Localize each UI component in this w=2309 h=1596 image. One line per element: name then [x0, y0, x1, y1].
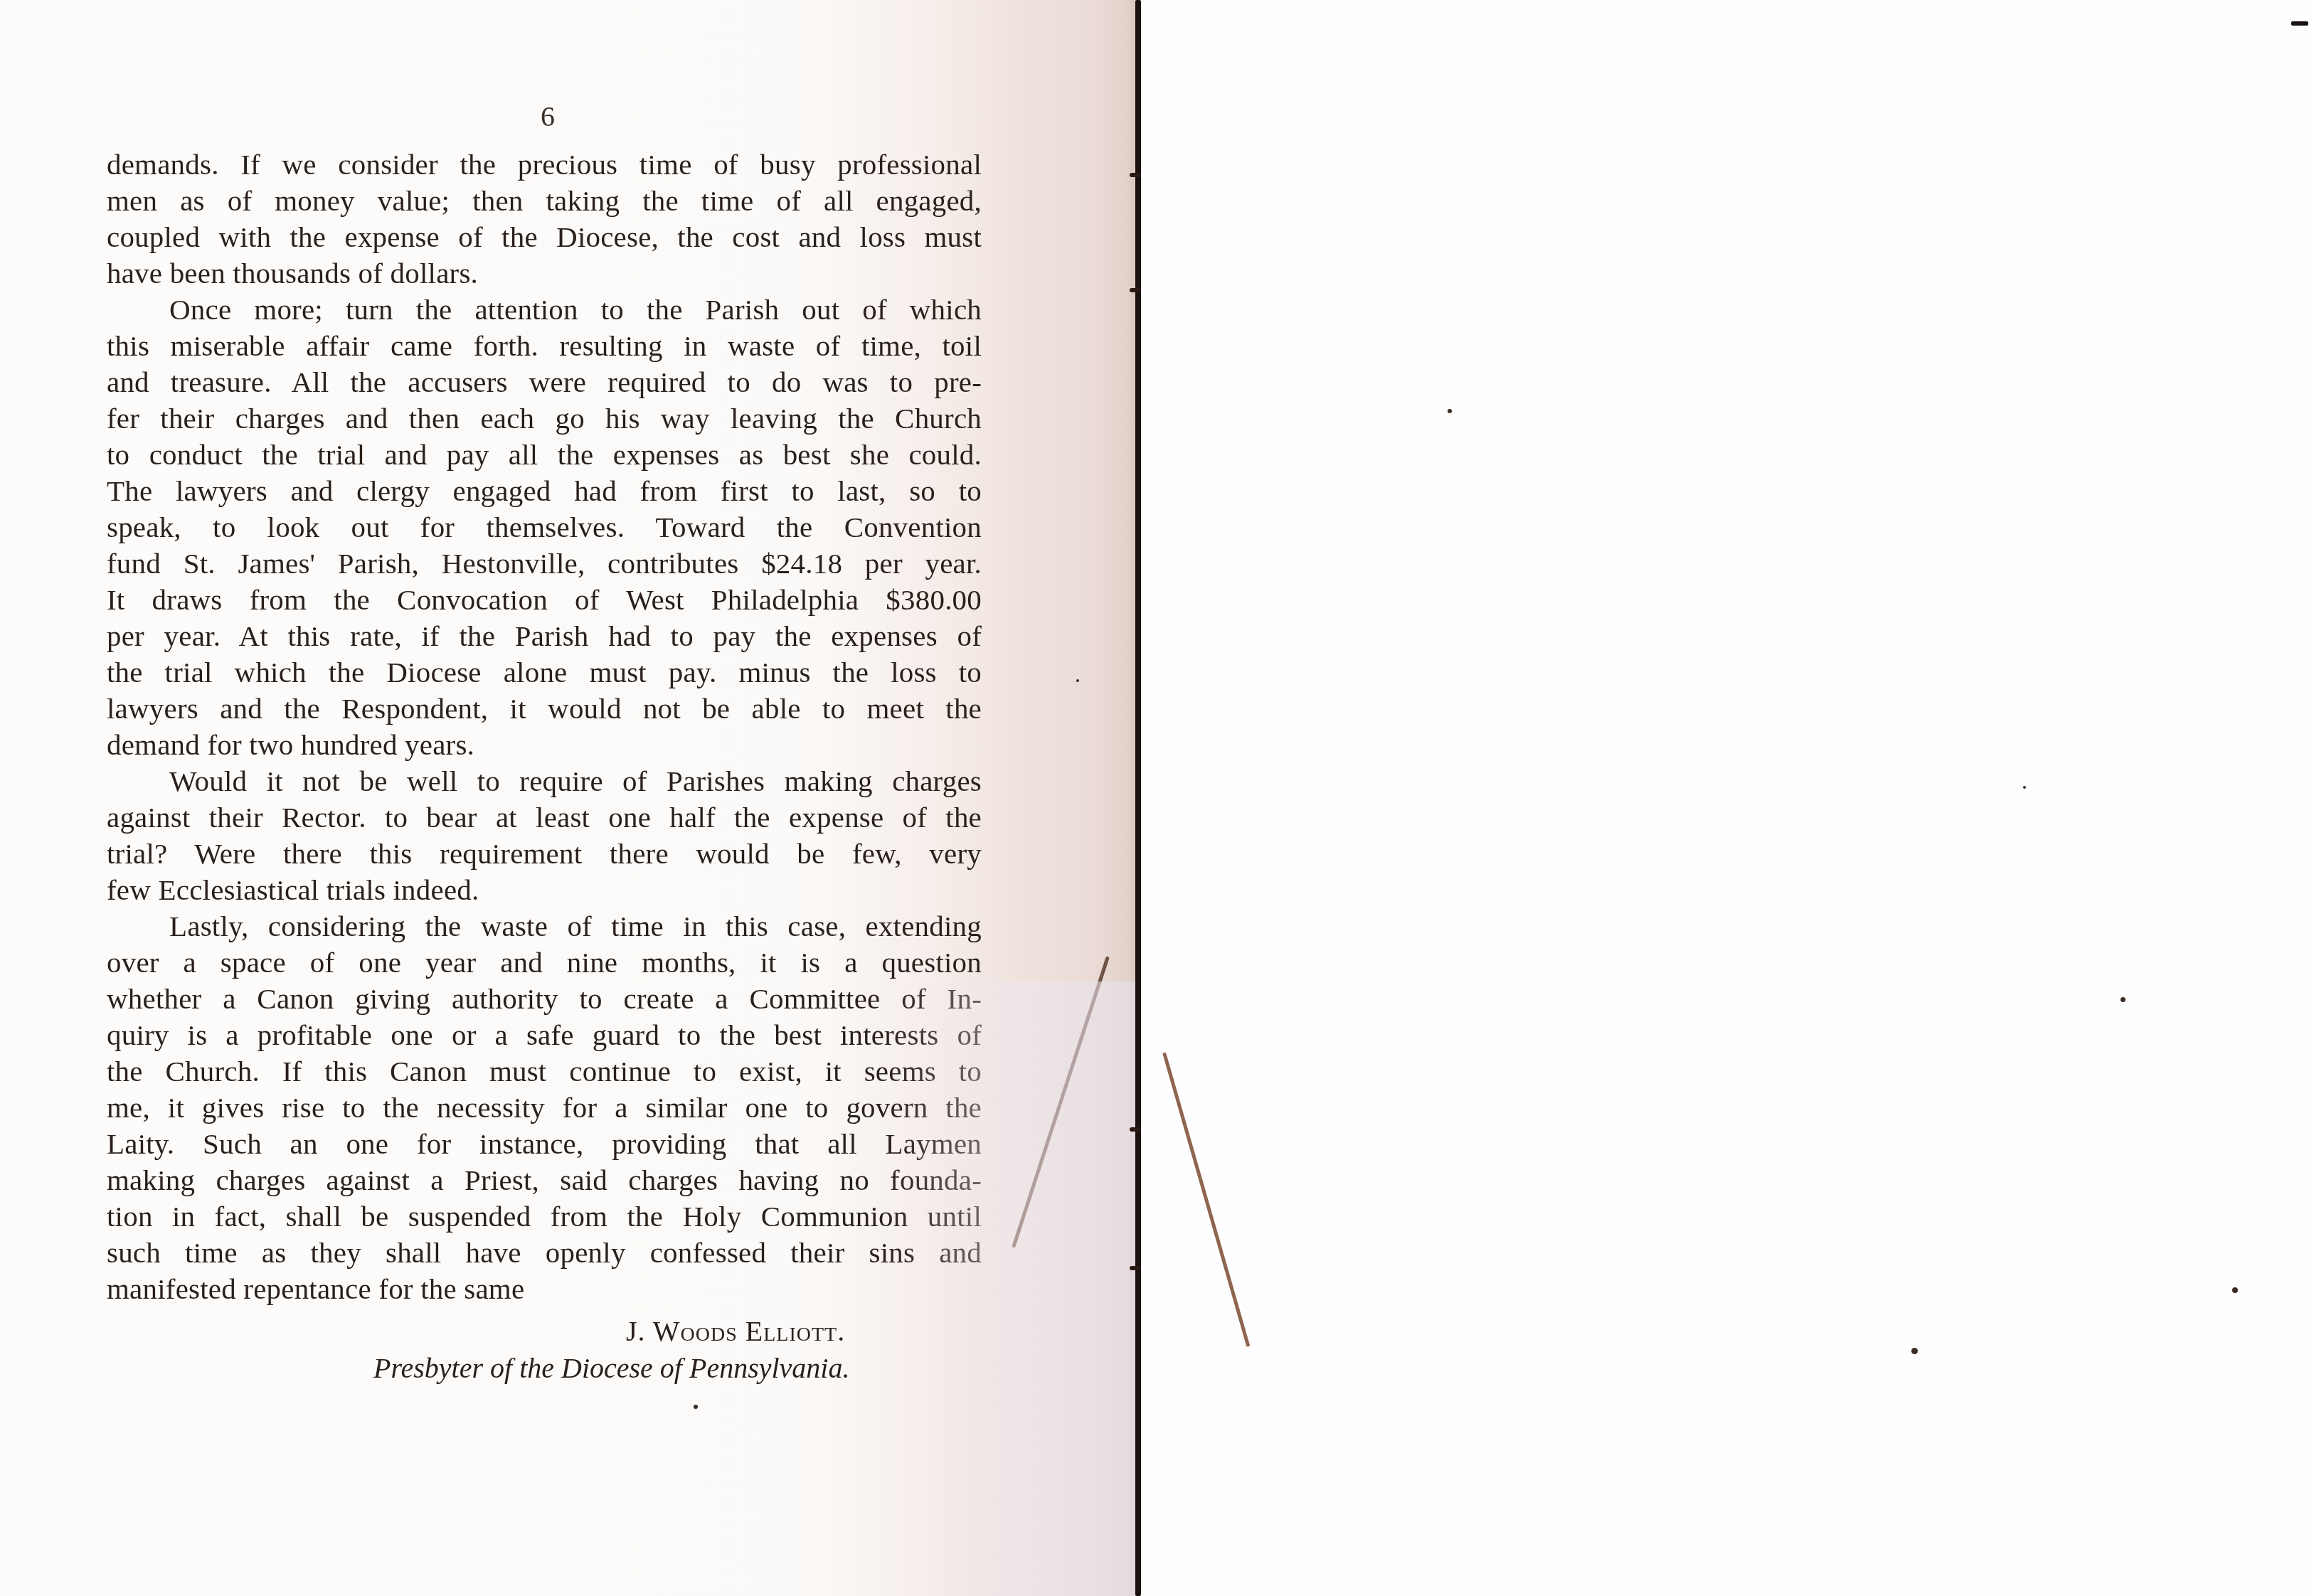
page-crease-mark — [1162, 1052, 1250, 1347]
text-line: over a space of one year and nine months… — [107, 945, 982, 981]
text-line: this miserable affair came forth. result… — [107, 328, 982, 364]
text-line: the Church. If this Canon must continue … — [107, 1053, 982, 1090]
right-page-blank — [1141, 0, 2309, 1596]
text-line: Once more; turn the attention to the Par… — [107, 292, 982, 328]
text-line: Laity. Such an one for instance, providi… — [107, 1126, 982, 1162]
text-line: making charges against a Priest, said ch… — [107, 1162, 982, 1198]
text-line: Lastly, considering the waste of time in… — [107, 908, 982, 945]
text-line: few Ecclesiastical trials indeed. — [107, 872, 982, 908]
text-line: It draws from the Convocation of West Ph… — [107, 582, 982, 618]
text-line: lawyers and the Respondent, it would not… — [107, 691, 982, 727]
text-line: demand for two hundred years. — [107, 727, 982, 763]
paper-speck — [1448, 409, 1452, 413]
paper-speck — [2232, 1287, 2238, 1293]
text-line: against their Rector. to bear at least o… — [107, 799, 982, 836]
text-line: Would it not be well to require of Paris… — [107, 763, 982, 799]
text-line: demands. If we consider the precious tim… — [107, 147, 982, 183]
text-line: whether a Canon giving authority to crea… — [107, 981, 982, 1017]
text-line: trial? Were there this requirement there… — [107, 836, 982, 872]
paper-speck — [2023, 786, 2026, 789]
text-line: have been thousands of dollars. — [107, 255, 982, 292]
paper-speck — [1076, 679, 1079, 682]
text-line: such time as they shall have openly conf… — [107, 1235, 982, 1271]
text-line: men as of money value; then taking the t… — [107, 183, 982, 219]
text-line: fund St. James' Parish, Hestonville, con… — [107, 546, 982, 582]
paper-speck — [1911, 1348, 1918, 1354]
book-spread: 6 demands. If we consider the precious t… — [0, 0, 2309, 1596]
text-line: The lawyers and clergy engaged had from … — [107, 473, 982, 509]
page-crease-mark — [1012, 956, 1110, 1247]
text-line: to conduct the trial and pay all the exp… — [107, 437, 982, 473]
text-line: per year. At this rate, if the Parish ha… — [107, 618, 982, 654]
body-text: demands. If we consider the precious tim… — [107, 147, 982, 1307]
text-line: tion in fact, shall be suspended from th… — [107, 1198, 982, 1235]
text-line: and treasure. All the accusers were requ… — [107, 364, 982, 400]
text-line: coupled with the expense of the Diocese,… — [107, 219, 982, 255]
paper-speck — [2120, 997, 2125, 1002]
text-line: fer their charges and then each go his w… — [107, 400, 982, 437]
paper-speck — [694, 1405, 698, 1409]
text-line: the trial which the Diocese alone must p… — [107, 654, 982, 691]
text-line: speak, to look out for themselves. Towar… — [107, 509, 982, 546]
book-spine — [1135, 0, 1141, 1596]
paper-speck — [2291, 21, 2308, 26]
signature-title: Presbyter of the Diocese of Pennsylvania… — [373, 1351, 849, 1385]
signature-name: J. Woods Elliott. — [626, 1314, 845, 1348]
text-line: quiry is a profitable one or a safe guar… — [107, 1017, 982, 1053]
left-page: 6 demands. If we consider the precious t… — [0, 0, 1138, 1596]
text-line: manifested repentance for the same — [107, 1271, 982, 1307]
page-number: 6 — [526, 100, 569, 133]
text-line: me, it gives rise to the necessity for a… — [107, 1090, 982, 1126]
